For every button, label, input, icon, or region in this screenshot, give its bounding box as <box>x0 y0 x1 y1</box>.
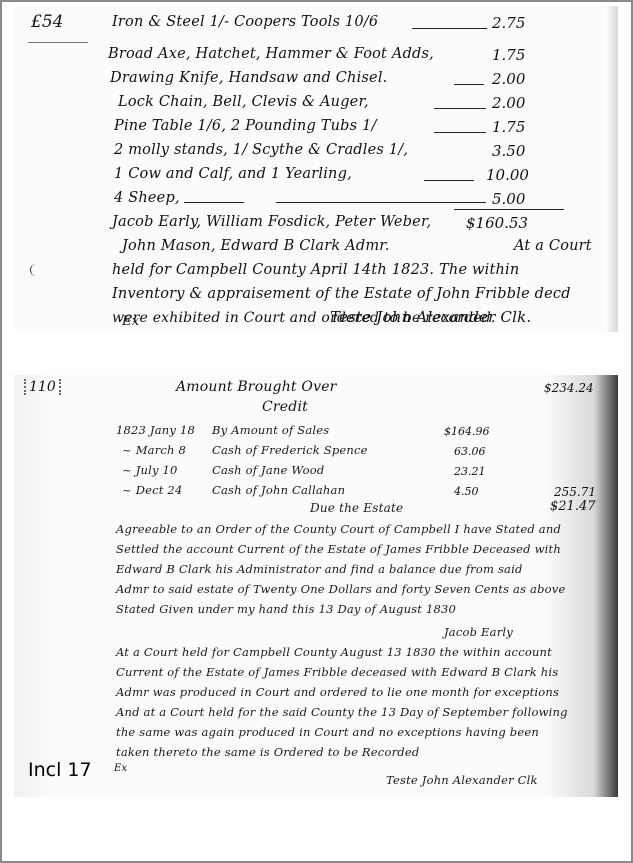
credit-description: Cash of Frederick Spence <box>212 443 368 457</box>
item-description: Pine Table 1/6, 2 Pounding Tubs 1/ <box>114 118 377 134</box>
inclusion-stamp: Incl 17 <box>28 759 92 781</box>
signer: Jacob Early <box>444 625 513 639</box>
item-description: Iron & Steel 1/- Coopers Tools 10/6 <box>112 14 378 30</box>
settlement-line: Agreeable to an Order of the County Cour… <box>116 522 561 536</box>
appraisers-line: Jacob Early, William Fosdick, Peter Webe… <box>112 214 431 230</box>
ex-mark: Ex <box>122 314 139 329</box>
inventory-total: $160.53 <box>466 214 528 232</box>
credit-total: 255.71 <box>554 485 596 499</box>
court-line: Current of the Estate of James Fribble d… <box>116 665 558 679</box>
document-frame: £54 Iron & Steel 1/- Coopers Tools 10/6 … <box>0 0 633 863</box>
credit-amount: 23.21 <box>454 465 486 478</box>
item-description: Broad Axe, Hatchet, Hammer & Foot Adds, <box>108 46 434 62</box>
leader-line <box>412 28 487 29</box>
court-line: And at a Court held for the said County … <box>116 705 568 719</box>
credit-amount: 63.06 <box>454 445 486 458</box>
item-amount: 5.00 <box>492 190 525 208</box>
heading: Amount Brought Over <box>176 379 337 395</box>
item-amount: 2.00 <box>492 70 525 88</box>
leader-line <box>424 180 474 181</box>
due-label: Due the Estate <box>310 501 403 515</box>
credit-amount: $164.96 <box>444 425 490 438</box>
item-amount: 10.00 <box>486 166 529 184</box>
settlement-line: Settled the account Current of the Estat… <box>116 542 561 556</box>
item-amount: 2.75 <box>492 14 525 32</box>
top-page-number: £54 <box>31 12 63 32</box>
credit-description: Cash of John Callahan <box>212 483 345 497</box>
credit-description: By Amount of Sales <box>212 423 329 437</box>
credit-date: ~ July 10 <box>122 463 178 477</box>
leader-line <box>434 132 486 133</box>
attestation: Teste John Alexander Clk <box>386 773 538 787</box>
leader-line <box>276 202 486 203</box>
item-description: Drawing Knife, Handsaw and Chisel. <box>110 70 388 86</box>
item-description: 4 Sheep, <box>114 190 180 206</box>
appraisers-line-2: John Mason, Edward B Clark Admr. <box>122 238 390 254</box>
item-description: Lock Chain, Bell, Clevis & Auger, <box>118 94 369 110</box>
credit-date: ~ March 8 <box>122 443 186 457</box>
leader-line <box>434 108 486 109</box>
ex-mark: Ex <box>114 763 127 774</box>
bottom-scan-page: 110 Amount Brought Over $234.24 Credit 1… <box>14 375 618 797</box>
item-amount: 1.75 <box>492 46 525 64</box>
subheading: Credit <box>262 399 308 415</box>
due-amount: $21.47 <box>550 499 596 514</box>
court-text-line: Inventory & appraisement of the Estate o… <box>112 286 571 302</box>
punch-hole-mark <box>30 264 37 276</box>
court-text-line: held for Campbell County April 14th 1823… <box>112 262 519 278</box>
court-line: taken thereto the same is Ordered to be … <box>116 745 419 759</box>
total-rule <box>454 209 564 210</box>
court-line: Admr was produced in Court and ordered t… <box>116 685 559 699</box>
item-amount: 3.50 <box>492 142 525 160</box>
settlement-line: Admr to said estate of Twenty One Dollar… <box>116 582 566 596</box>
leader-line <box>184 202 244 203</box>
item-description: 1 Cow and Calf, and 1 Yearling, <box>114 166 352 182</box>
page-number-underline <box>28 42 88 43</box>
item-amount: 1.75 <box>492 118 525 136</box>
attestation: Teste John Alexander Clk. <box>330 308 531 326</box>
settlement-line: Stated Given under my hand this 13 Day o… <box>116 602 456 616</box>
item-description: 2 molly stands, 1/ Scythe & Cradles 1/, <box>114 142 408 158</box>
leader-line <box>454 84 484 85</box>
heading-amount: $234.24 <box>544 381 594 395</box>
item-amount: 2.00 <box>492 94 525 112</box>
credit-description: Cash of Jane Wood <box>212 463 324 477</box>
credit-date: 1823 Jany 18 <box>116 423 195 437</box>
credit-date: ~ Dect 24 <box>122 483 182 497</box>
court-line: the same was again produced in Court and… <box>116 725 539 739</box>
top-scan-page: £54 Iron & Steel 1/- Coopers Tools 10/6 … <box>14 6 618 332</box>
bottom-page-number: 110 <box>24 379 61 395</box>
court-line: At a Court held for Campbell County Augu… <box>116 645 552 659</box>
credit-amount: 4.50 <box>454 485 479 498</box>
settlement-line: Edward B Clark his Administrator and fin… <box>116 562 523 576</box>
court-lead: At a Court <box>514 238 592 254</box>
